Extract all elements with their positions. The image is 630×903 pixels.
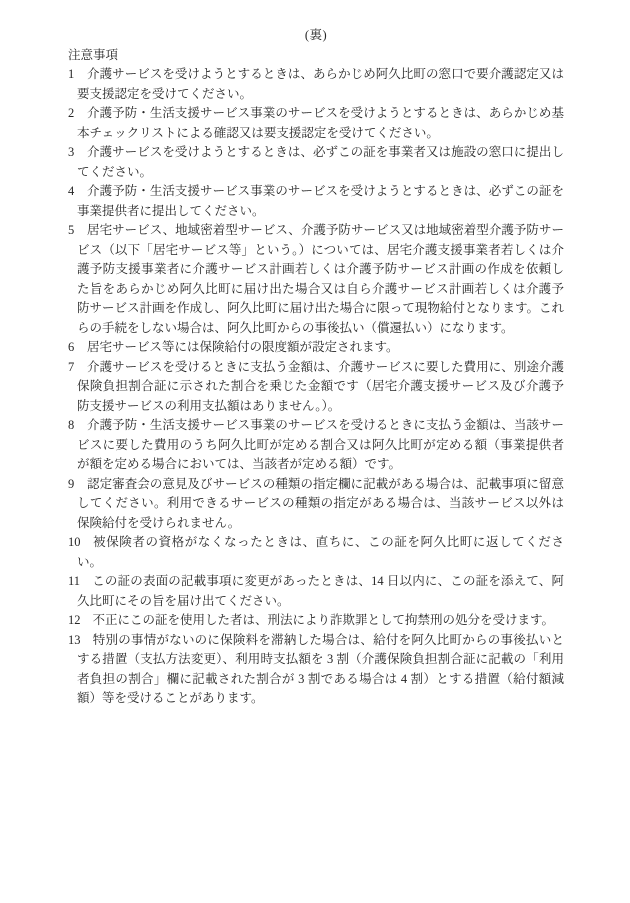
note-item-number: 4: [68, 182, 87, 202]
note-item-number: 3: [68, 143, 87, 163]
note-item: 2介護予防・生活支援サービス事業のサービスを受けようとするときは、あらかじめ基本…: [68, 104, 564, 143]
notes-list: 1介護サービスを受けようとするときは、あらかじめ阿久比町の窓口で要介護認定又は要…: [68, 65, 564, 709]
note-item-text: 介護予防・生活支援サービス事業のサービスを受けるときに支払う金額は、当該サービス…: [77, 418, 564, 471]
note-item: 4介護予防・生活支援サービス事業のサービスを受けようとするときは、必ずこの証を事…: [68, 182, 564, 221]
note-item-text: 被保険者の資格がなくなったときは、直ちに、この証を阿久比町に返してください。: [77, 535, 564, 569]
note-item: 6居宅サービス等には保険給付の限度額が設定されます。: [68, 338, 564, 358]
note-item-number: 8: [68, 416, 87, 436]
note-item: 8介護予防・生活支援サービス事業のサービスを受けるときに支払う金額は、当該サービ…: [68, 416, 564, 475]
note-item: 9認定審査会の意見及びサービスの種類の指定欄に記載がある場合は、記載事項に留意し…: [68, 475, 564, 534]
note-item: 10被保険者の資格がなくなったときは、直ちに、この証を阿久比町に返してください。: [68, 533, 564, 572]
note-item: 5居宅サービス、地域密着型サービス、介護予防サービス又は地域密着型介護予防サービ…: [68, 221, 564, 338]
page-side-label: (裏): [68, 26, 564, 46]
note-item-text: 介護サービスを受けようとするときは、必ずこの証を事業者又は施設の窓口に提出してく…: [77, 145, 564, 179]
note-item: 13特別の事情がないのに保険料を滞納した場合は、給付を阿久比町からの事後払いとす…: [68, 631, 564, 709]
note-item-number: 11: [68, 572, 92, 592]
note-item: 1介護サービスを受けようとするときは、あらかじめ阿久比町の窓口で要介護認定又は要…: [68, 65, 564, 104]
note-item: 7介護サービスを受けるときに支払う金額は、介護サービスに要した費用に、別途介護保…: [68, 358, 564, 417]
note-item-number: 2: [68, 104, 87, 124]
note-item: 3介護サービスを受けようとするときは、必ずこの証を事業者又は施設の窓口に提出して…: [68, 143, 564, 182]
note-item-text: 介護サービスを受けようとするときは、あらかじめ阿久比町の窓口で要介護認定又は要支…: [77, 67, 564, 101]
note-item-number: 5: [68, 221, 87, 241]
note-item-text: 特別の事情がないのに保険料を滞納した場合は、給付を阿久比町からの事後払いとする措…: [77, 633, 564, 706]
document-page: (裏) 注意事項 1介護サービスを受けようとするときは、あらかじめ阿久比町の窓口…: [0, 0, 630, 903]
note-item-number: 7: [68, 358, 87, 378]
note-item-number: 6: [68, 338, 87, 358]
note-item-number: 10: [68, 533, 93, 553]
note-item-number: 1: [68, 65, 87, 85]
note-item-number: 13: [68, 631, 93, 651]
notes-heading: 注意事項: [68, 46, 564, 66]
note-item: 11この証の表面の記載事項に変更があったときは、14 日以内に、この証を添えて、…: [68, 572, 564, 611]
note-item-text: 不正にこの証を使用した者は、刑法により詐欺罪として拘禁刑の処分を受けます。: [93, 613, 555, 627]
note-item-text: 居宅サービス等には保険給付の限度額が設定されます。: [87, 340, 399, 354]
note-item-text: この証の表面の記載事項に変更があったときは、14 日以内に、この証を添えて、阿久…: [77, 574, 564, 608]
note-item-text: 介護予防・生活支援サービス事業のサービスを受けようとするときは、必ずこの証を事業…: [77, 184, 564, 218]
note-item-text: 介護予防・生活支援サービス事業のサービスを受けようとするときは、あらかじめ基本チ…: [77, 106, 564, 140]
note-item-number: 9: [68, 475, 87, 495]
note-item-text: 認定審査会の意見及びサービスの種類の指定欄に記載がある場合は、記載事項に留意して…: [77, 477, 564, 530]
note-item-number: 12: [68, 611, 93, 631]
note-item: 12不正にこの証を使用した者は、刑法により詐欺罪として拘禁刑の処分を受けます。: [68, 611, 564, 631]
note-item-text: 介護サービスを受けるときに支払う金額は、介護サービスに要した費用に、別途介護保険…: [77, 360, 564, 413]
note-item-text: 居宅サービス、地域密着型サービス、介護予防サービス又は地域密着型介護予防サービス…: [77, 223, 564, 335]
